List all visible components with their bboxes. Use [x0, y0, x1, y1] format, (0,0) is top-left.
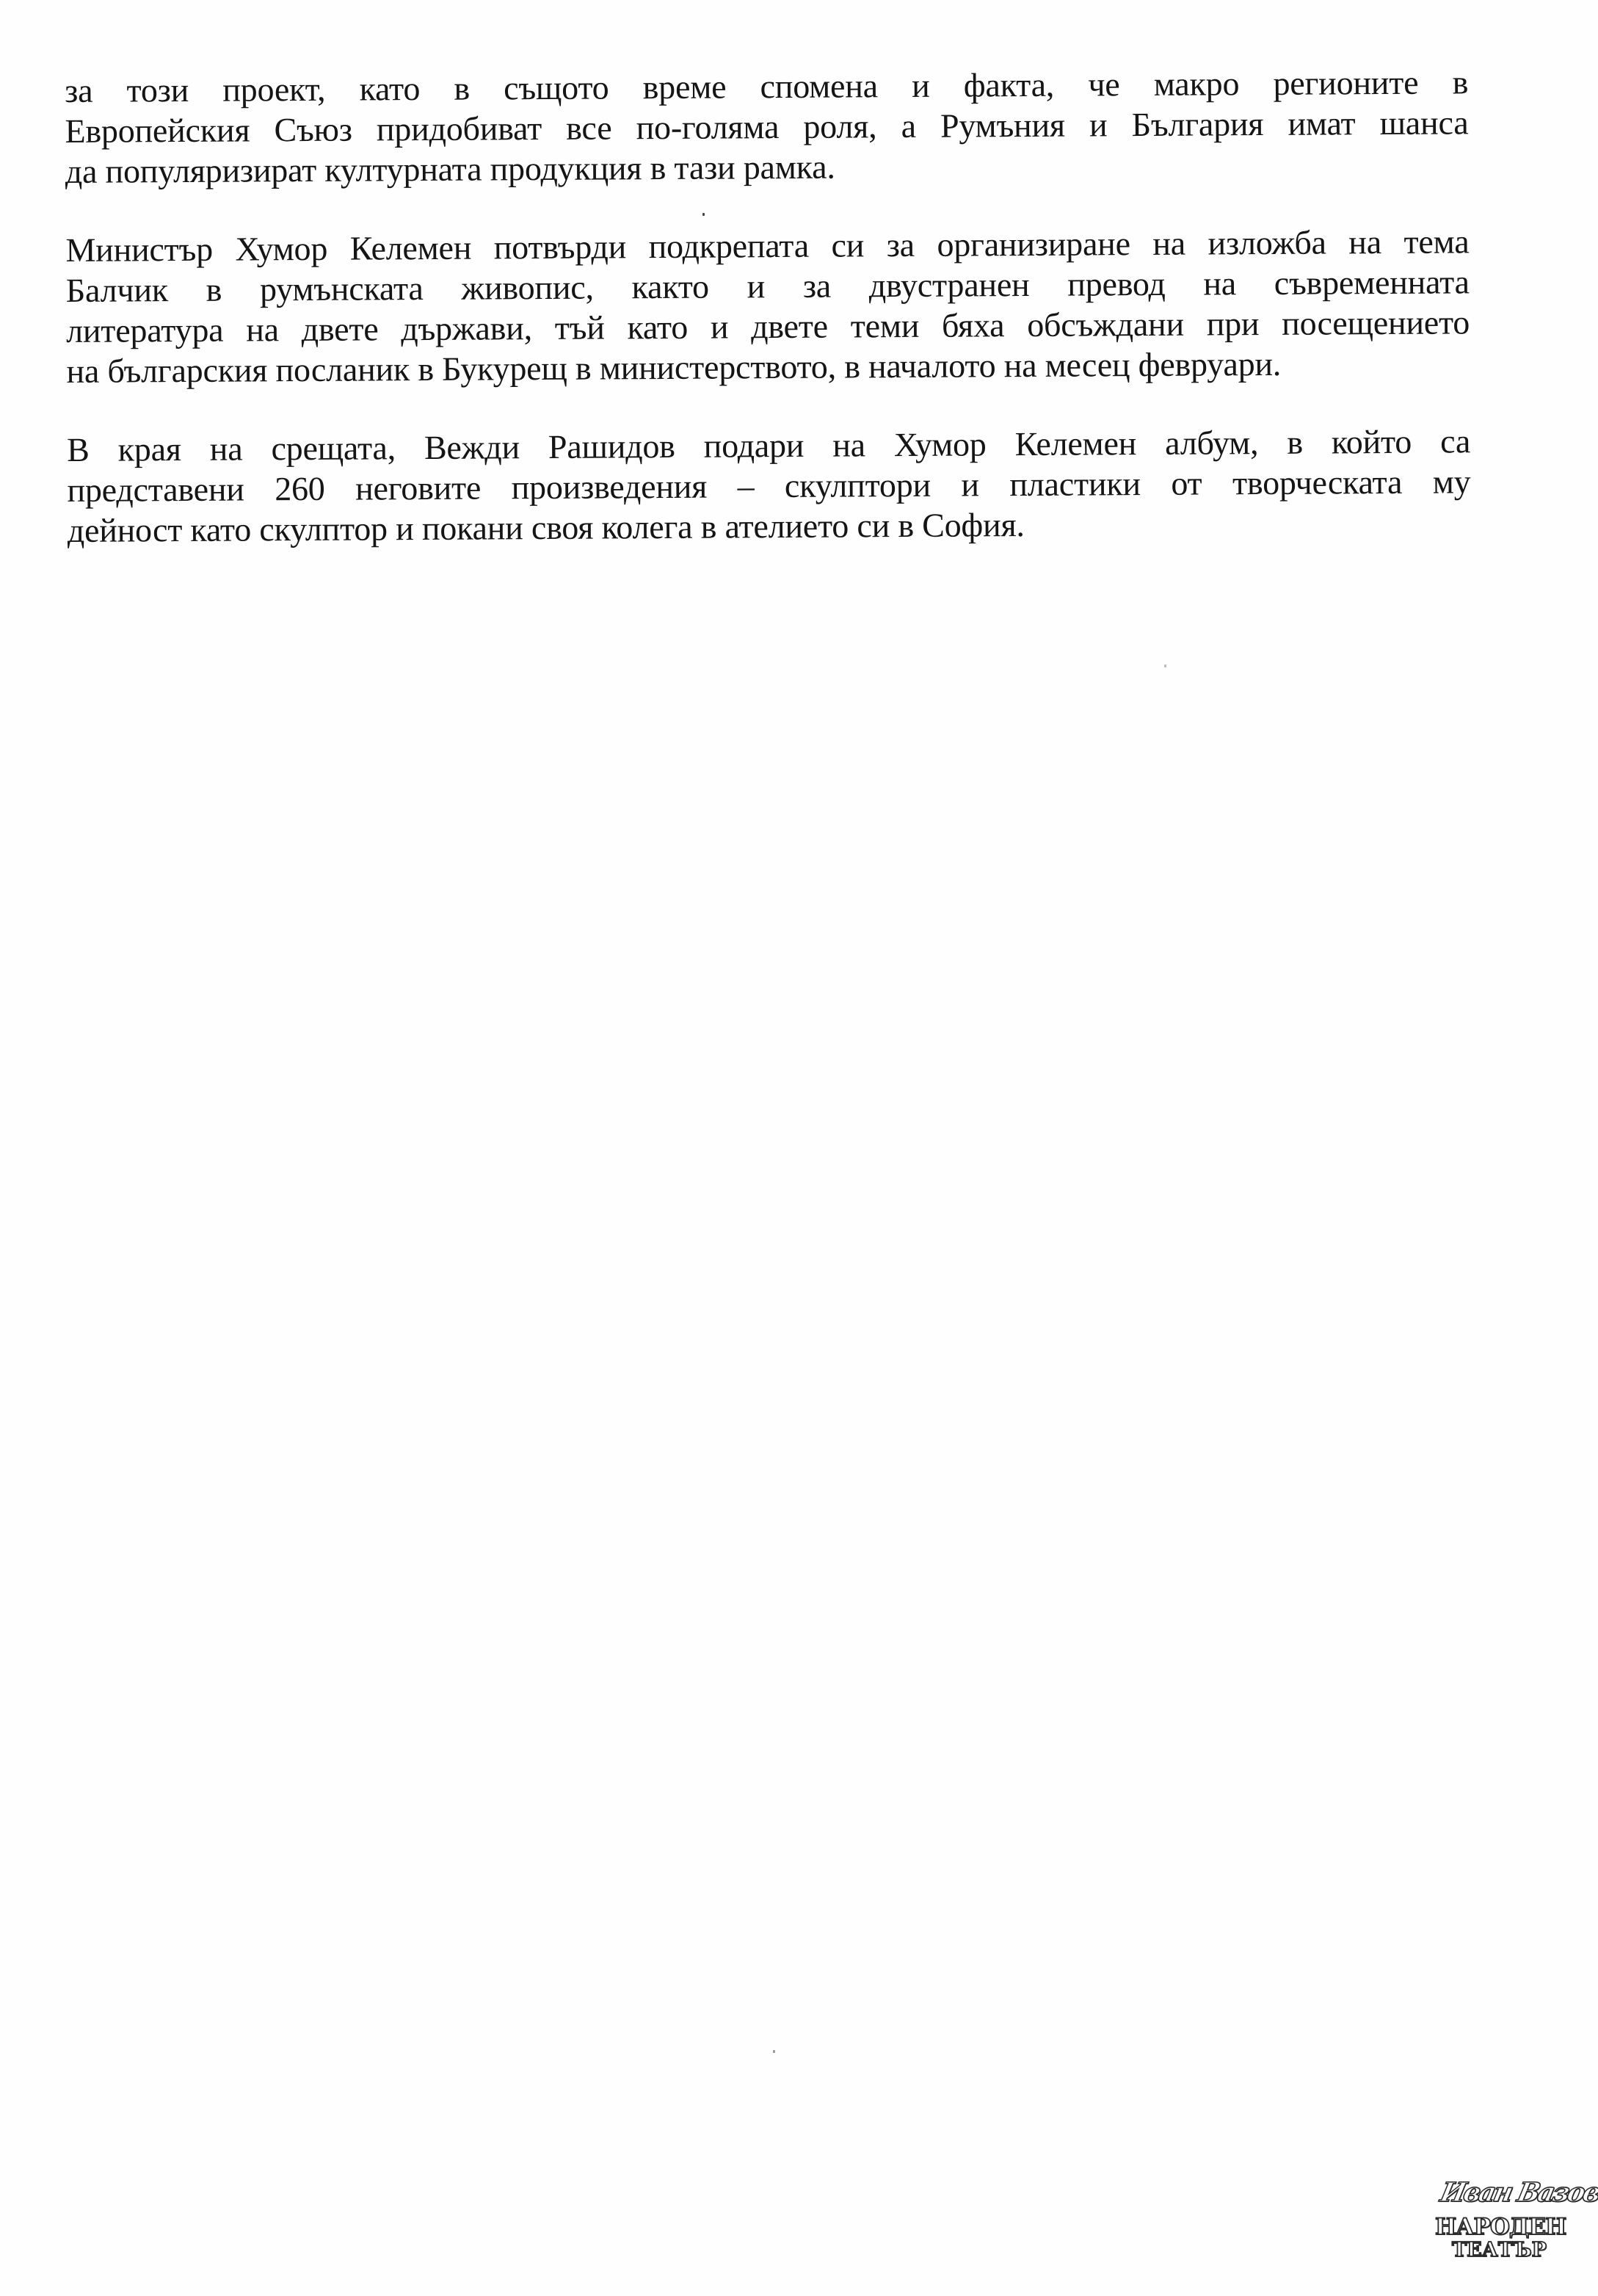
text-line: дейност като скулптор и покани своя коле…	[68, 501, 1471, 551]
text-line: на българския посланик в Букурещ в минис…	[66, 342, 1470, 391]
scan-speck	[702, 213, 705, 216]
text-line: да популяризират културната продукция в …	[65, 142, 1469, 192]
paragraph-2: Министър Хумор Келемен потвърди подкрепа…	[65, 221, 1470, 391]
scan-speck	[1164, 664, 1166, 667]
paragraph-3: В края на срещата, Вежди Рашидов подари …	[67, 421, 1471, 551]
logo-wordmark-line2: ТЕАТЪР	[1435, 2239, 1564, 2261]
logo-wordmark-line1: НАРОДЕН	[1435, 2214, 1564, 2239]
national-theatre-logo: Иван Вазов НАРОДЕН ТЕАТЪР	[1435, 2175, 1564, 2263]
paragraph-1: за този проект, като в същото време спом…	[65, 62, 1469, 192]
logo-script-name: Иван Вазов	[1437, 2175, 1566, 2210]
text-line: Европейския Съюз придобиват все по-голям…	[65, 102, 1468, 151]
text-line: представени 260 неговите произведения – …	[67, 461, 1470, 510]
scanned-page: за този проект, като в същото време спом…	[0, 0, 1598, 2296]
document-body: за този проект, като в същото време спом…	[65, 62, 1471, 551]
scan-speck	[773, 2050, 775, 2053]
